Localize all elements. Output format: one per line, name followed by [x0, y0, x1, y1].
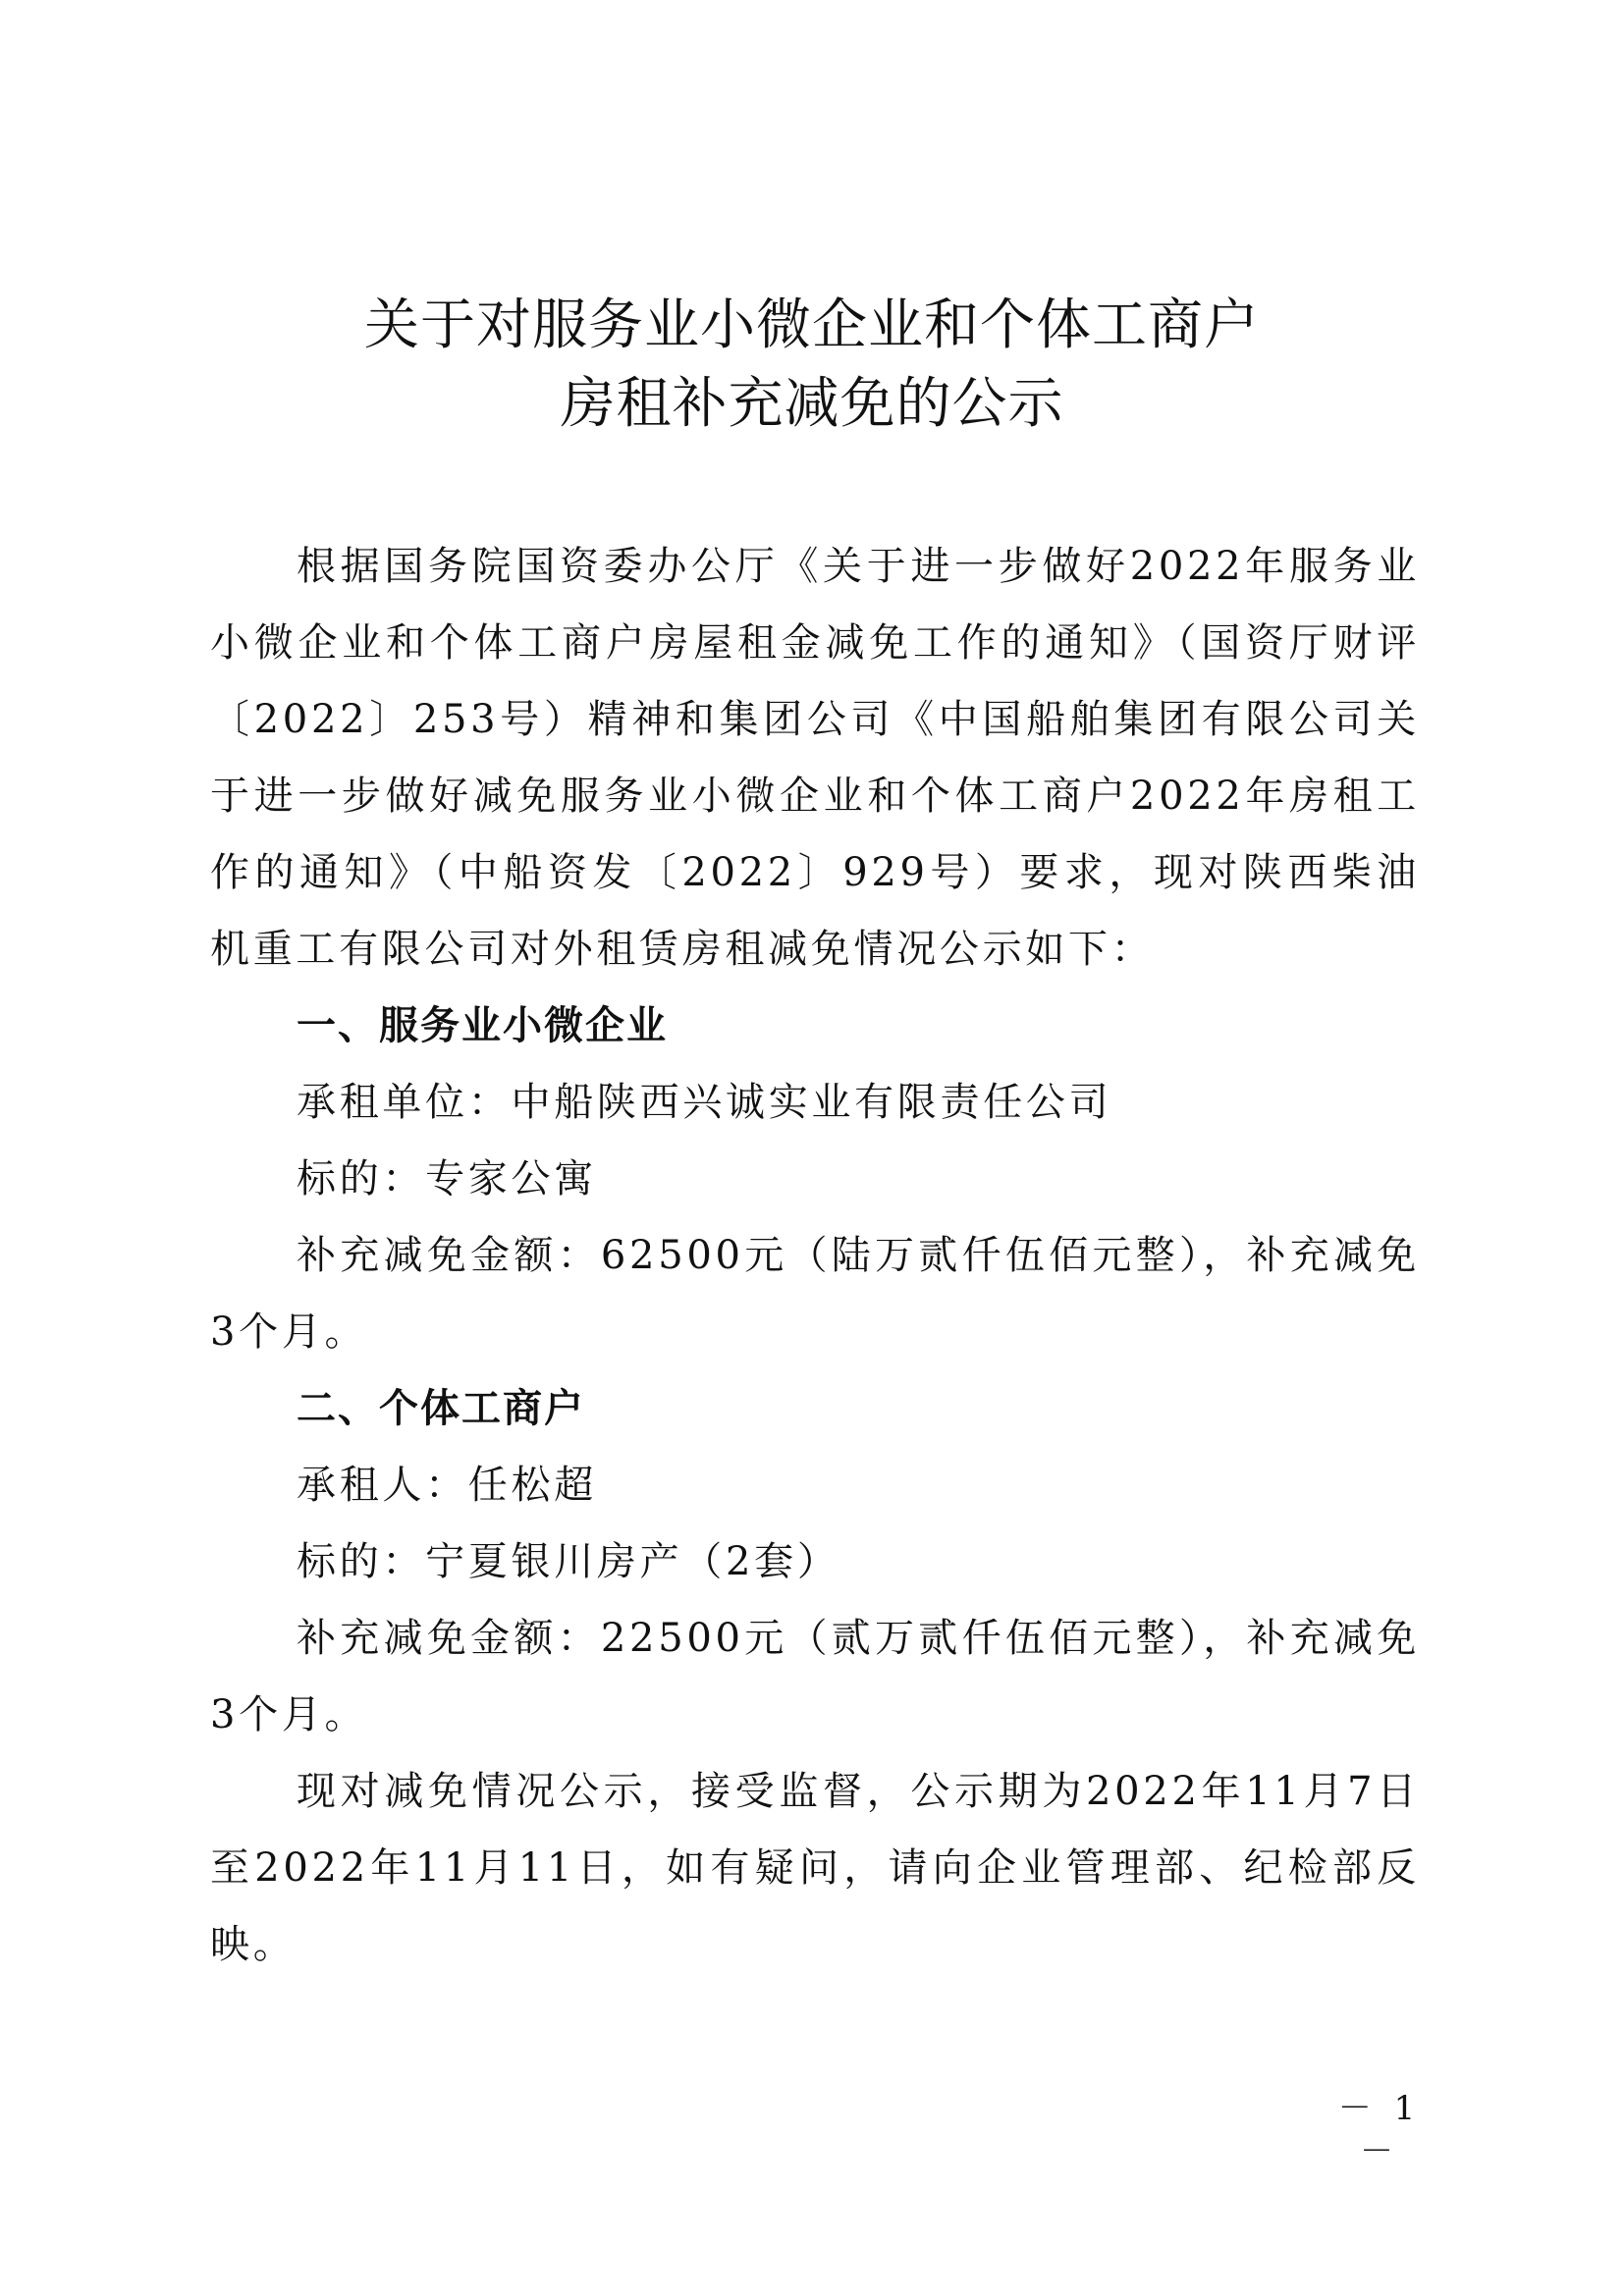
document-title-line-1: 关于对服务业小微企业和个体工商户	[0, 287, 1624, 365]
section-1-lessee: 承租单位：中船陕西兴诚实业有限责任公司	[210, 1064, 1420, 1141]
document-page: 关于对服务业小微企业和个体工商户 房租补充减免的公示 根据国务院国资委办公厅《关…	[0, 0, 1624, 2296]
section-heading-small-enterprises: 一、服务业小微企业	[210, 988, 1420, 1064]
section-2-lessee: 承租人：任松超	[210, 1447, 1420, 1523]
document-title-line-2: 房租补充减免的公示	[0, 365, 1624, 444]
page-number: － 1 －	[1316, 2087, 1443, 2173]
document-body: 根据国务院国资委办公厅《关于进一步做好2022年服务业小微企业和个体工商户房屋租…	[210, 528, 1420, 1983]
section-1-amount: 补充减免金额：62500元（陆万贰仟伍佰元整），补充减免3个月。	[210, 1217, 1420, 1370]
section-heading-individual-businesses: 二、个体工商户	[210, 1370, 1420, 1447]
section-2-subject: 标的：宁夏银川房产（2套）	[210, 1523, 1420, 1600]
closing-paragraph: 现对减免情况公示，接受监督，公示期为2022年11月7日至2022年11月11日…	[210, 1753, 1420, 1983]
section-2-amount: 补充减免金额：22500元（贰万贰仟伍佰元整），补充减免3个月。	[210, 1600, 1420, 1753]
intro-paragraph: 根据国务院国资委办公厅《关于进一步做好2022年服务业小微企业和个体工商户房屋租…	[210, 528, 1420, 988]
section-1-subject: 标的：专家公寓	[210, 1141, 1420, 1217]
